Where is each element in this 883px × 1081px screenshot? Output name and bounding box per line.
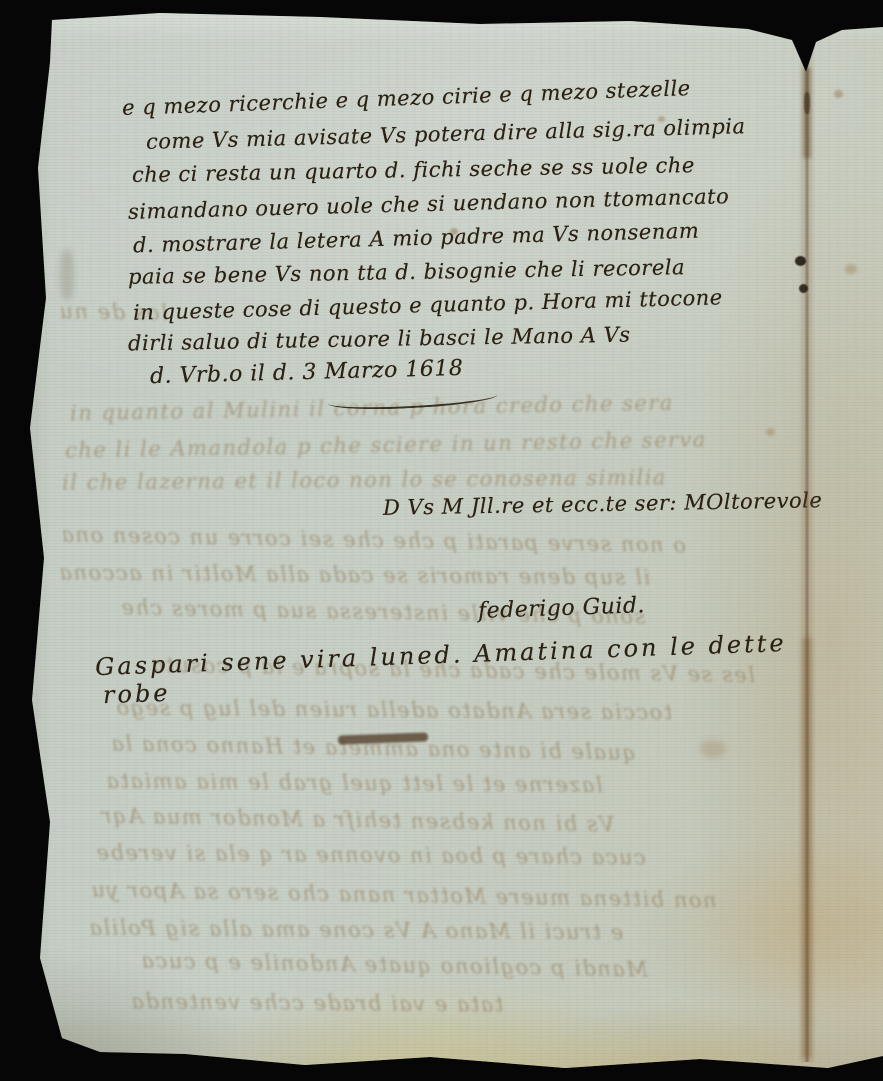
bleedthrough-line: il che lazerna et il loco non lo se cono… (62, 465, 667, 494)
closing-line: D Vs M Jll.re et ecc.te ser: MOltorevole (383, 488, 823, 520)
bleedthrough-line: Vs bi non kebsen tehifr a Mondor mua Aqr (100, 804, 615, 837)
letter-line: d. mostrare la letera A mio padre ma Vs … (133, 219, 700, 258)
letter-line: come Vs mia avisate Vs potera dire alla … (146, 114, 746, 154)
ink-spot (799, 284, 808, 293)
stain-spot (450, 228, 458, 235)
bleedthrough-line: tata e vai brade cche ventenda (130, 989, 504, 1016)
letter-line: paia se bene Vs non tta d. bisognie che … (128, 255, 685, 289)
letter-line: e q mezo ricerchie e q mezo cirie e q me… (122, 76, 691, 120)
stain-spot (834, 90, 843, 98)
stain-spot (766, 428, 775, 436)
bleedthrough-line: il sup dene ramoris se cada alla Moltir … (58, 560, 650, 589)
bleedthrough-line: e truci il Mano A Vs cone ama alla sig P… (88, 916, 623, 945)
bleedthrough-line: Mandi p cogliono quate Andonile e p cuca (140, 949, 648, 982)
bleedthrough-line: toccia sera Andato adella ruien del lug … (115, 696, 673, 725)
bleedthrough-line: non bittena muere Mottar nana cho sero s… (90, 878, 717, 913)
fold-crease (798, 28, 816, 1062)
stain-spot (658, 116, 665, 122)
stain-spot (700, 740, 726, 758)
stain-spot (845, 264, 857, 274)
bleedthrough-line: che li le Amandola p che sciere in un re… (65, 427, 707, 462)
bleedthrough-line: lazerne et le lett quel grab le mia amia… (105, 769, 603, 797)
ink-spot (795, 256, 806, 266)
dateline-line: d. Vrb.o il d. 3 Marzo 1618 (150, 356, 464, 389)
letter-page: in quanto al Mulini il corna p hora cred… (0, 0, 883, 1081)
bleedthrough-line: cuca chare p boa in ovonne ar q ela si v… (95, 841, 646, 870)
letter-line: che ci resta un quarto d. fichi seche se… (132, 153, 695, 187)
postscript-line: robe (103, 679, 171, 709)
stain-spot (60, 250, 74, 300)
letter-line: simandano ouero uole che si uendano non … (128, 184, 730, 224)
letter-line: dirli saluo di tute cuore li basci le Ma… (128, 323, 631, 356)
ink-spot (804, 92, 810, 114)
bleedthrough-line: o non serve parati p che che sei corre u… (60, 523, 686, 558)
scanned-manuscript: in quanto al Mulini il corna p hora cred… (0, 0, 883, 1081)
letter-line: in queste cose di questo e quanto p. Hor… (133, 285, 723, 324)
